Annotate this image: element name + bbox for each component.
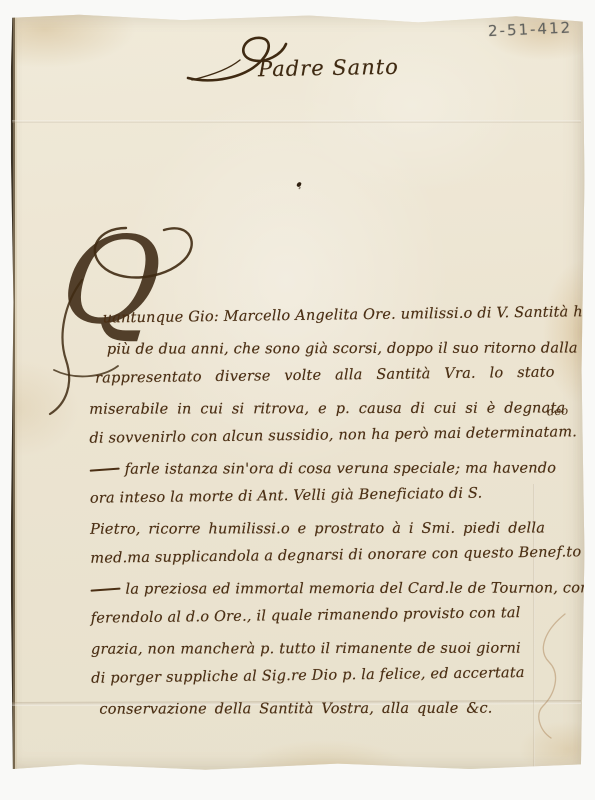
heading-text: Padre Santo bbox=[258, 55, 399, 81]
heading: Padre Santo bbox=[186, 32, 426, 92]
manuscript-line: rappresentato diverse volte alla Santità… bbox=[89, 357, 575, 393]
manuscript-line: di porger suppliche al Sig.re Dio p. la … bbox=[91, 657, 577, 693]
letter-body: uantunque Gio: Marcello Angelita Ore. um… bbox=[89, 300, 578, 723]
manuscript-line: conservazione della Santità Vostra, alla… bbox=[91, 693, 577, 724]
faint-ink-trace-icon bbox=[515, 610, 585, 760]
fold-crease-top bbox=[12, 120, 581, 123]
shelfmark-pencil-note: 2-51-412 bbox=[488, 18, 589, 40]
ink-blot bbox=[296, 181, 302, 187]
marginal-insertion: deo bbox=[547, 403, 569, 418]
manuscript-line: uantunque Gio: Marcello Angelita Ore. um… bbox=[88, 297, 574, 333]
photo-backdrop: 2-51-412 Padre Santo Q uantunque Gio: Ma… bbox=[0, 0, 595, 800]
manuscript-page: 2-51-412 Padre Santo Q uantunque Gio: Ma… bbox=[10, 14, 585, 772]
manuscript-line: ora inteso la morte di Ant. Velli già Be… bbox=[90, 477, 576, 513]
manuscript-line: di sovvenirlo con alcun sussidio, non ha… bbox=[89, 417, 575, 453]
manuscript-line: ferendolo al d.o Ore., il quale rimanend… bbox=[91, 597, 577, 633]
manuscript-line: med.ma supplicandola a degnarsi di onora… bbox=[90, 537, 576, 573]
page-gutter-edge bbox=[10, 14, 19, 772]
